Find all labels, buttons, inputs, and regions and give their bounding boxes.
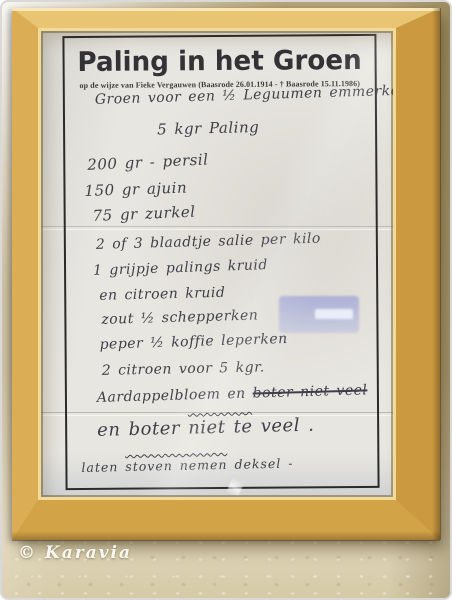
frame-top-bevel xyxy=(12,8,440,11)
frame-right-shadow-edge xyxy=(432,8,441,540)
photo-of-framed-recipe: Paling in het Groen op de wijze van Fiek… xyxy=(0,0,452,600)
frame-bottom-shadow-edge xyxy=(12,531,440,541)
photographer-watermark: © Karavia xyxy=(18,543,132,563)
wooden-picture-frame xyxy=(12,8,440,540)
